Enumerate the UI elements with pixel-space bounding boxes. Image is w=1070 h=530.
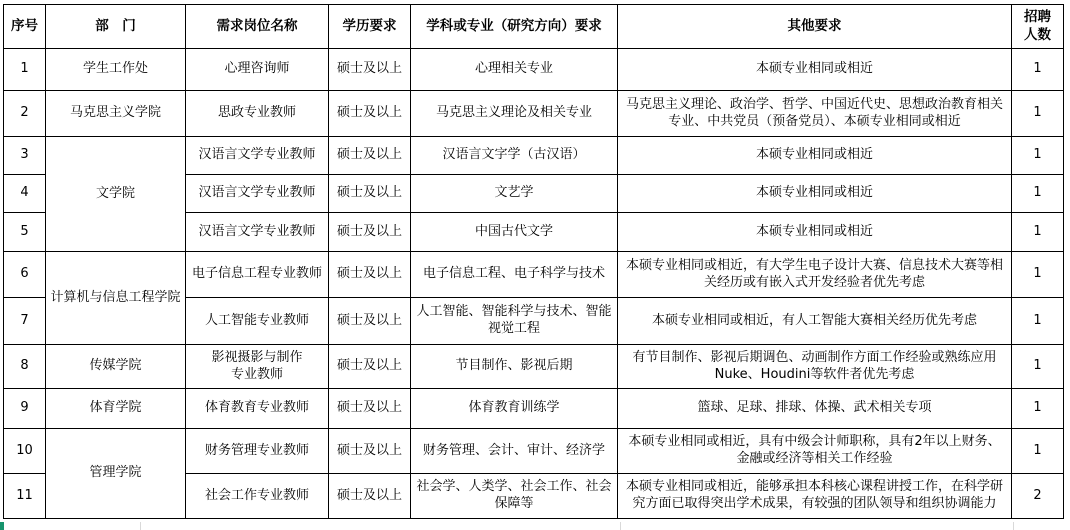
header-other: 其他要求 — [618, 5, 1012, 49]
cell-major: 人工智能、智能科学与技术、智能视觉工程 — [411, 298, 618, 345]
cell-major: 马克思主义理论及相关专业 — [411, 91, 618, 137]
cell-other: 本硕专业相同或相近，具有中级会计师职称，具有2年以上财务、金融或经济等相关工作经… — [618, 429, 1012, 474]
cell-major: 汉语言文字学（古汉语） — [411, 137, 618, 175]
cell-other: 本硕专业相同或相近 — [618, 49, 1012, 91]
cell-dept: 管理学院 — [46, 429, 186, 519]
table-header-row: 序号 部 门 需求岗位名称 学历要求 学科或专业（研究方向）要求 其他要求 招聘… — [4, 5, 1064, 49]
cell-education: 硕士及以上 — [329, 49, 411, 91]
table-row: 2 马克思主义学院 思政专业教师 硕士及以上 马克思主义理论及相关专业 马克思主… — [4, 91, 1064, 137]
cell-position: 汉语言文学专业教师 — [186, 213, 329, 252]
recruitment-table: 序号 部 门 需求岗位名称 学历要求 学科或专业（研究方向）要求 其他要求 招聘… — [3, 4, 1064, 519]
cell-position: 汉语言文学专业教师 — [186, 137, 329, 175]
cell-count: 1 — [1012, 429, 1064, 474]
cell-education: 硕士及以上 — [329, 474, 411, 519]
table-row: 3 文学院 汉语言文学专业教师 硕士及以上 汉语言文字学（古汉语） 本硕专业相同… — [4, 137, 1064, 175]
cell-seq: 7 — [4, 298, 46, 345]
cell-position: 思政专业教师 — [186, 91, 329, 137]
cell-seq: 8 — [4, 345, 46, 389]
cell-major: 财务管理、会计、审计、经济学 — [411, 429, 618, 474]
cell-dept: 计算机与信息工程学院 — [46, 252, 186, 345]
table-row: 1 学生工作处 心理咨询师 硕士及以上 心理相关专业 本硕专业相同或相近 1 — [4, 49, 1064, 91]
cell-position: 社会工作专业教师 — [186, 474, 329, 519]
cell-seq: 3 — [4, 137, 46, 175]
cell-major: 心理相关专业 — [411, 49, 618, 91]
header-position: 需求岗位名称 — [186, 5, 329, 49]
cell-major: 电子信息工程、电子科学与技术 — [411, 252, 618, 298]
table-row: 8 传媒学院 影视摄影与制作 专业教师 硕士及以上 节目制作、影视后期 有节目制… — [4, 345, 1064, 389]
cell-seq: 11 — [4, 474, 46, 519]
cell-seq: 10 — [4, 429, 46, 474]
cell-seq: 4 — [4, 175, 46, 213]
cell-dept: 马克思主义学院 — [46, 91, 186, 137]
cell-count: 1 — [1012, 137, 1064, 175]
cell-other: 本硕专业相同或相近 — [618, 175, 1012, 213]
cell-count: 1 — [1012, 175, 1064, 213]
header-dept: 部 门 — [46, 5, 186, 49]
cell-count: 1 — [1012, 252, 1064, 298]
cell-major: 体育教育训练学 — [411, 389, 618, 429]
spreadsheet-page: 序号 部 门 需求岗位名称 学历要求 学科或专业（研究方向）要求 其他要求 招聘… — [0, 0, 1070, 530]
table-row: 10 管理学院 财务管理专业教师 硕士及以上 财务管理、会计、审计、经济学 本硕… — [4, 429, 1064, 474]
cell-other: 篮球、足球、排球、体操、武术相关专项 — [618, 389, 1012, 429]
cell-count: 1 — [1012, 298, 1064, 345]
header-count: 招聘 人数 — [1012, 5, 1064, 49]
cell-count: 1 — [1012, 49, 1064, 91]
cell-position: 人工智能专业教师 — [186, 298, 329, 345]
cell-seq: 6 — [4, 252, 46, 298]
cell-major: 社会学、人类学、社会工作、社会保障等 — [411, 474, 618, 519]
cell-seq: 5 — [4, 213, 46, 252]
cell-count: 2 — [1012, 474, 1064, 519]
cell-count: 1 — [1012, 213, 1064, 252]
cell-major: 节目制作、影视后期 — [411, 345, 618, 389]
cell-education: 硕士及以上 — [329, 137, 411, 175]
cell-position: 电子信息工程专业教师 — [186, 252, 329, 298]
cell-other: 有节目制作、影视后期调色、动画制作方面工作经验或熟练应用Nuke、Houdini… — [618, 345, 1012, 389]
cell-count: 1 — [1012, 91, 1064, 137]
cell-dept: 传媒学院 — [46, 345, 186, 389]
table-row: 6 计算机与信息工程学院 电子信息工程专业教师 硕士及以上 电子信息工程、电子科… — [4, 252, 1064, 298]
cell-position: 影视摄影与制作 专业教师 — [186, 345, 329, 389]
cell-education: 硕士及以上 — [329, 298, 411, 345]
cell-education: 硕士及以上 — [329, 213, 411, 252]
cell-major: 中国古代文学 — [411, 213, 618, 252]
cell-position: 汉语言文学专业教师 — [186, 175, 329, 213]
cell-other: 本硕专业相同或相近，有大学生电子设计大赛、信息技术大赛等相关经历或有嵌入式开发经… — [618, 252, 1012, 298]
excel-selection-handle — [0, 522, 4, 530]
cell-education: 硕士及以上 — [329, 345, 411, 389]
sheet-gridline — [140, 522, 141, 530]
cell-dept: 体育学院 — [46, 389, 186, 429]
table-row: 9 体育学院 体育教育专业教师 硕士及以上 体育教育训练学 篮球、足球、排球、体… — [4, 389, 1064, 429]
cell-position: 心理咨询师 — [186, 49, 329, 91]
cell-education: 硕士及以上 — [329, 252, 411, 298]
cell-other: 本硕专业相同或相近，能够承担本科核心课程讲授工作，在科学研究方面已取得突出学术成… — [618, 474, 1012, 519]
sheet-gridline — [1013, 522, 1014, 530]
cell-major: 文艺学 — [411, 175, 618, 213]
cell-position: 财务管理专业教师 — [186, 429, 329, 474]
cell-count: 1 — [1012, 389, 1064, 429]
cell-seq: 2 — [4, 91, 46, 137]
header-seq: 序号 — [4, 5, 46, 49]
cell-other: 本硕专业相同或相近 — [618, 213, 1012, 252]
cell-seq: 1 — [4, 49, 46, 91]
cell-education: 硕士及以上 — [329, 175, 411, 213]
cell-other: 本硕专业相同或相近，有人工智能大赛相关经历优先考虑 — [618, 298, 1012, 345]
sheet-gridline — [620, 522, 621, 530]
cell-other: 本硕专业相同或相近 — [618, 137, 1012, 175]
header-major: 学科或专业（研究方向）要求 — [411, 5, 618, 49]
cell-dept: 学生工作处 — [46, 49, 186, 91]
header-education: 学历要求 — [329, 5, 411, 49]
cell-other: 马克思主义理论、政治学、哲学、中国近代史、思想政治教育相关专业、中共党员（预备党… — [618, 91, 1012, 137]
cell-education: 硕士及以上 — [329, 389, 411, 429]
cell-dept: 文学院 — [46, 137, 186, 252]
cell-position: 体育教育专业教师 — [186, 389, 329, 429]
cell-seq: 9 — [4, 389, 46, 429]
cell-education: 硕士及以上 — [329, 429, 411, 474]
cell-education: 硕士及以上 — [329, 91, 411, 137]
cell-count: 1 — [1012, 345, 1064, 389]
